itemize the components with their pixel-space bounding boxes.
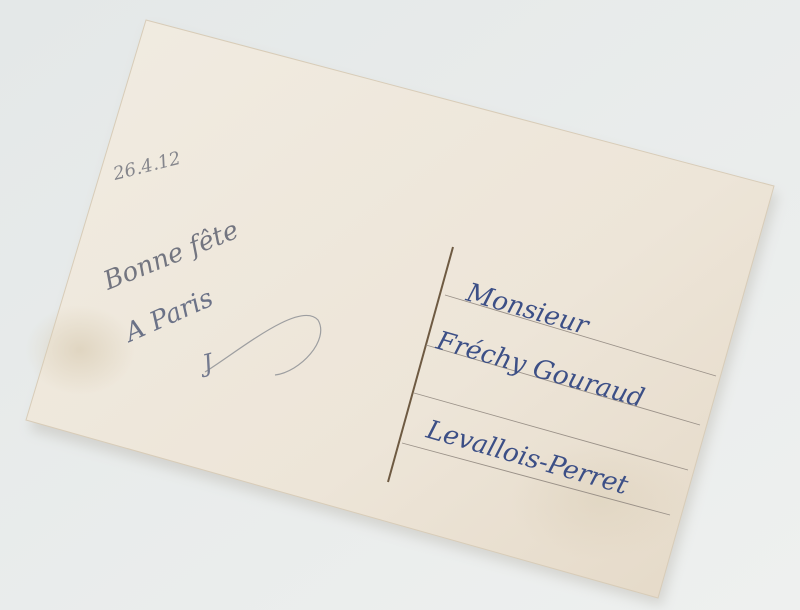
postcard-scene: 26.4.12 Bonne fête A Paris J Monsieur Fr… xyxy=(0,0,800,610)
postcard-photo: 26.4.12 Bonne fête A Paris J Monsieur Fr… xyxy=(0,0,800,610)
